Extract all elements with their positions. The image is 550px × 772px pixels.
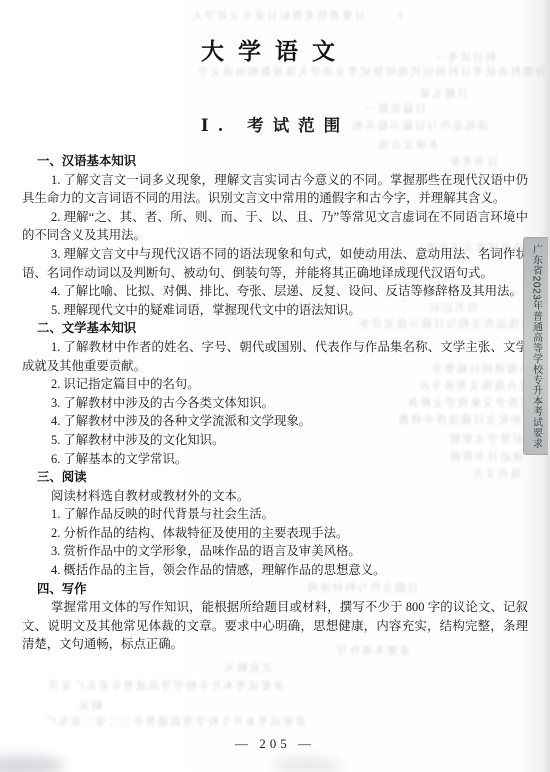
body-paragraph: 2. 理解“之、其、者、所、则、而、于、以、且、乃”等常见文言虚词在不同语言环境… (22, 208, 528, 245)
bleed-through-text: 求要试考本升专校学等高通普年省东广见详 (18, 678, 284, 692)
section-heading: 二、文学基本知识 (22, 319, 528, 338)
body-paragraph: 3. 理解文言文中与现代汉语不同的语法现象和句式，如使动用法、意动用法、名词作状… (22, 245, 528, 282)
body-paragraph: 2. 识记指定篇目中的名句。 (22, 375, 528, 394)
bleed-through-text: 次此略从 (178, 660, 272, 674)
section-heading: 四、写作 (22, 580, 528, 599)
bleed-through-text: 目题五第 (400, 86, 468, 100)
bleed-through-text: 分部科各试考目科语汉代现用使试考文语学大选读数则而成文字 (186, 64, 546, 78)
body-paragraph: 4. 了解比喻、比拟、对偶、排比、夸张、层递、反复、设问、反诘等修辞格及其用法。 (22, 282, 528, 301)
page-edge-tab: 广东省2023年普通高等学校专升本考试要求 (523, 237, 548, 455)
scan-smudge (0, 756, 65, 772)
body-paragraph: 4. 了解教材中涉及的各种文学流派和文学现象。 (22, 412, 528, 431)
exam-scope-heading: Ⅰ. 考试范围 (0, 112, 550, 136)
body-paragraph: 阅读材料选自教材或教材外的文本。 (22, 487, 528, 506)
bleed-through-text: 略从 (38, 698, 102, 712)
page-edge-tab-label: 广东省2023年普通高等学校专升本考试要求 (529, 244, 544, 449)
body-paragraph: 4. 概括作品的主旨，领会作品的情感，理解作品的思想意义。 (22, 561, 528, 580)
bleed-through-text: 求要试考本升专校学等高通普年三二零二省东广 (14, 714, 306, 728)
body-paragraph: 3. 赏析作品中的文学形象，品味作品的语言及审美风格。 (22, 542, 528, 561)
page-number: — 205 — (0, 736, 550, 752)
body-paragraph: 5. 了解教材中涉及的文化知识。 (22, 431, 528, 450)
bleed-through-text: ‖ (388, 10, 402, 24)
body-paragraph: 1. 了解教材中作者的姓名、字号、朝代或国别、代表作与作品集名称、文学主张、文学… (22, 338, 528, 375)
scanned-page: 目要养培来将标目业专文语学大‖科目试考一分部科各试考目科语汉代现用使试考文语学大… (0, 0, 550, 772)
document-title: 大学语文 (0, 33, 550, 66)
bleed-through-text: 本读文古选 (343, 137, 439, 151)
section-heading: 三、阅读 (22, 468, 528, 487)
body-paragraph: 1. 了解文言文一词多义现象，理解文言实词古今意义的不同。掌握那些在现代汉语中仍… (22, 171, 528, 208)
body-paragraph: 6. 了解基本的文学常识。 (22, 450, 528, 469)
body-paragraph: 5. 理解现代文中的疑难词语，掌握现代文中的语法知识。 (22, 301, 528, 320)
scan-smudge (272, 758, 342, 772)
body-paragraph: 3. 了解教材中涉及的古今各类文体知识。 (22, 394, 528, 413)
section-heading: 一、汉语基本知识 (22, 152, 528, 171)
body-paragraph: 2. 分析作品的结构、体裁特征及使用的主要表现手法。 (22, 524, 528, 543)
document-body: 一、汉语基本知识1. 了解文言文一词多义现象，理解文言实词古今意义的不同。掌握那… (22, 152, 528, 654)
body-paragraph: 1. 了解作品反映的时代背景与社会生活。 (22, 505, 528, 524)
bleed-through-text: 目要养培来将标目业专文语学大 (183, 8, 365, 22)
body-paragraph: 掌握常用文体的写作知识，能根据所给题目或材料，撰写不少于 800 字的议论文、记… (22, 598, 528, 654)
